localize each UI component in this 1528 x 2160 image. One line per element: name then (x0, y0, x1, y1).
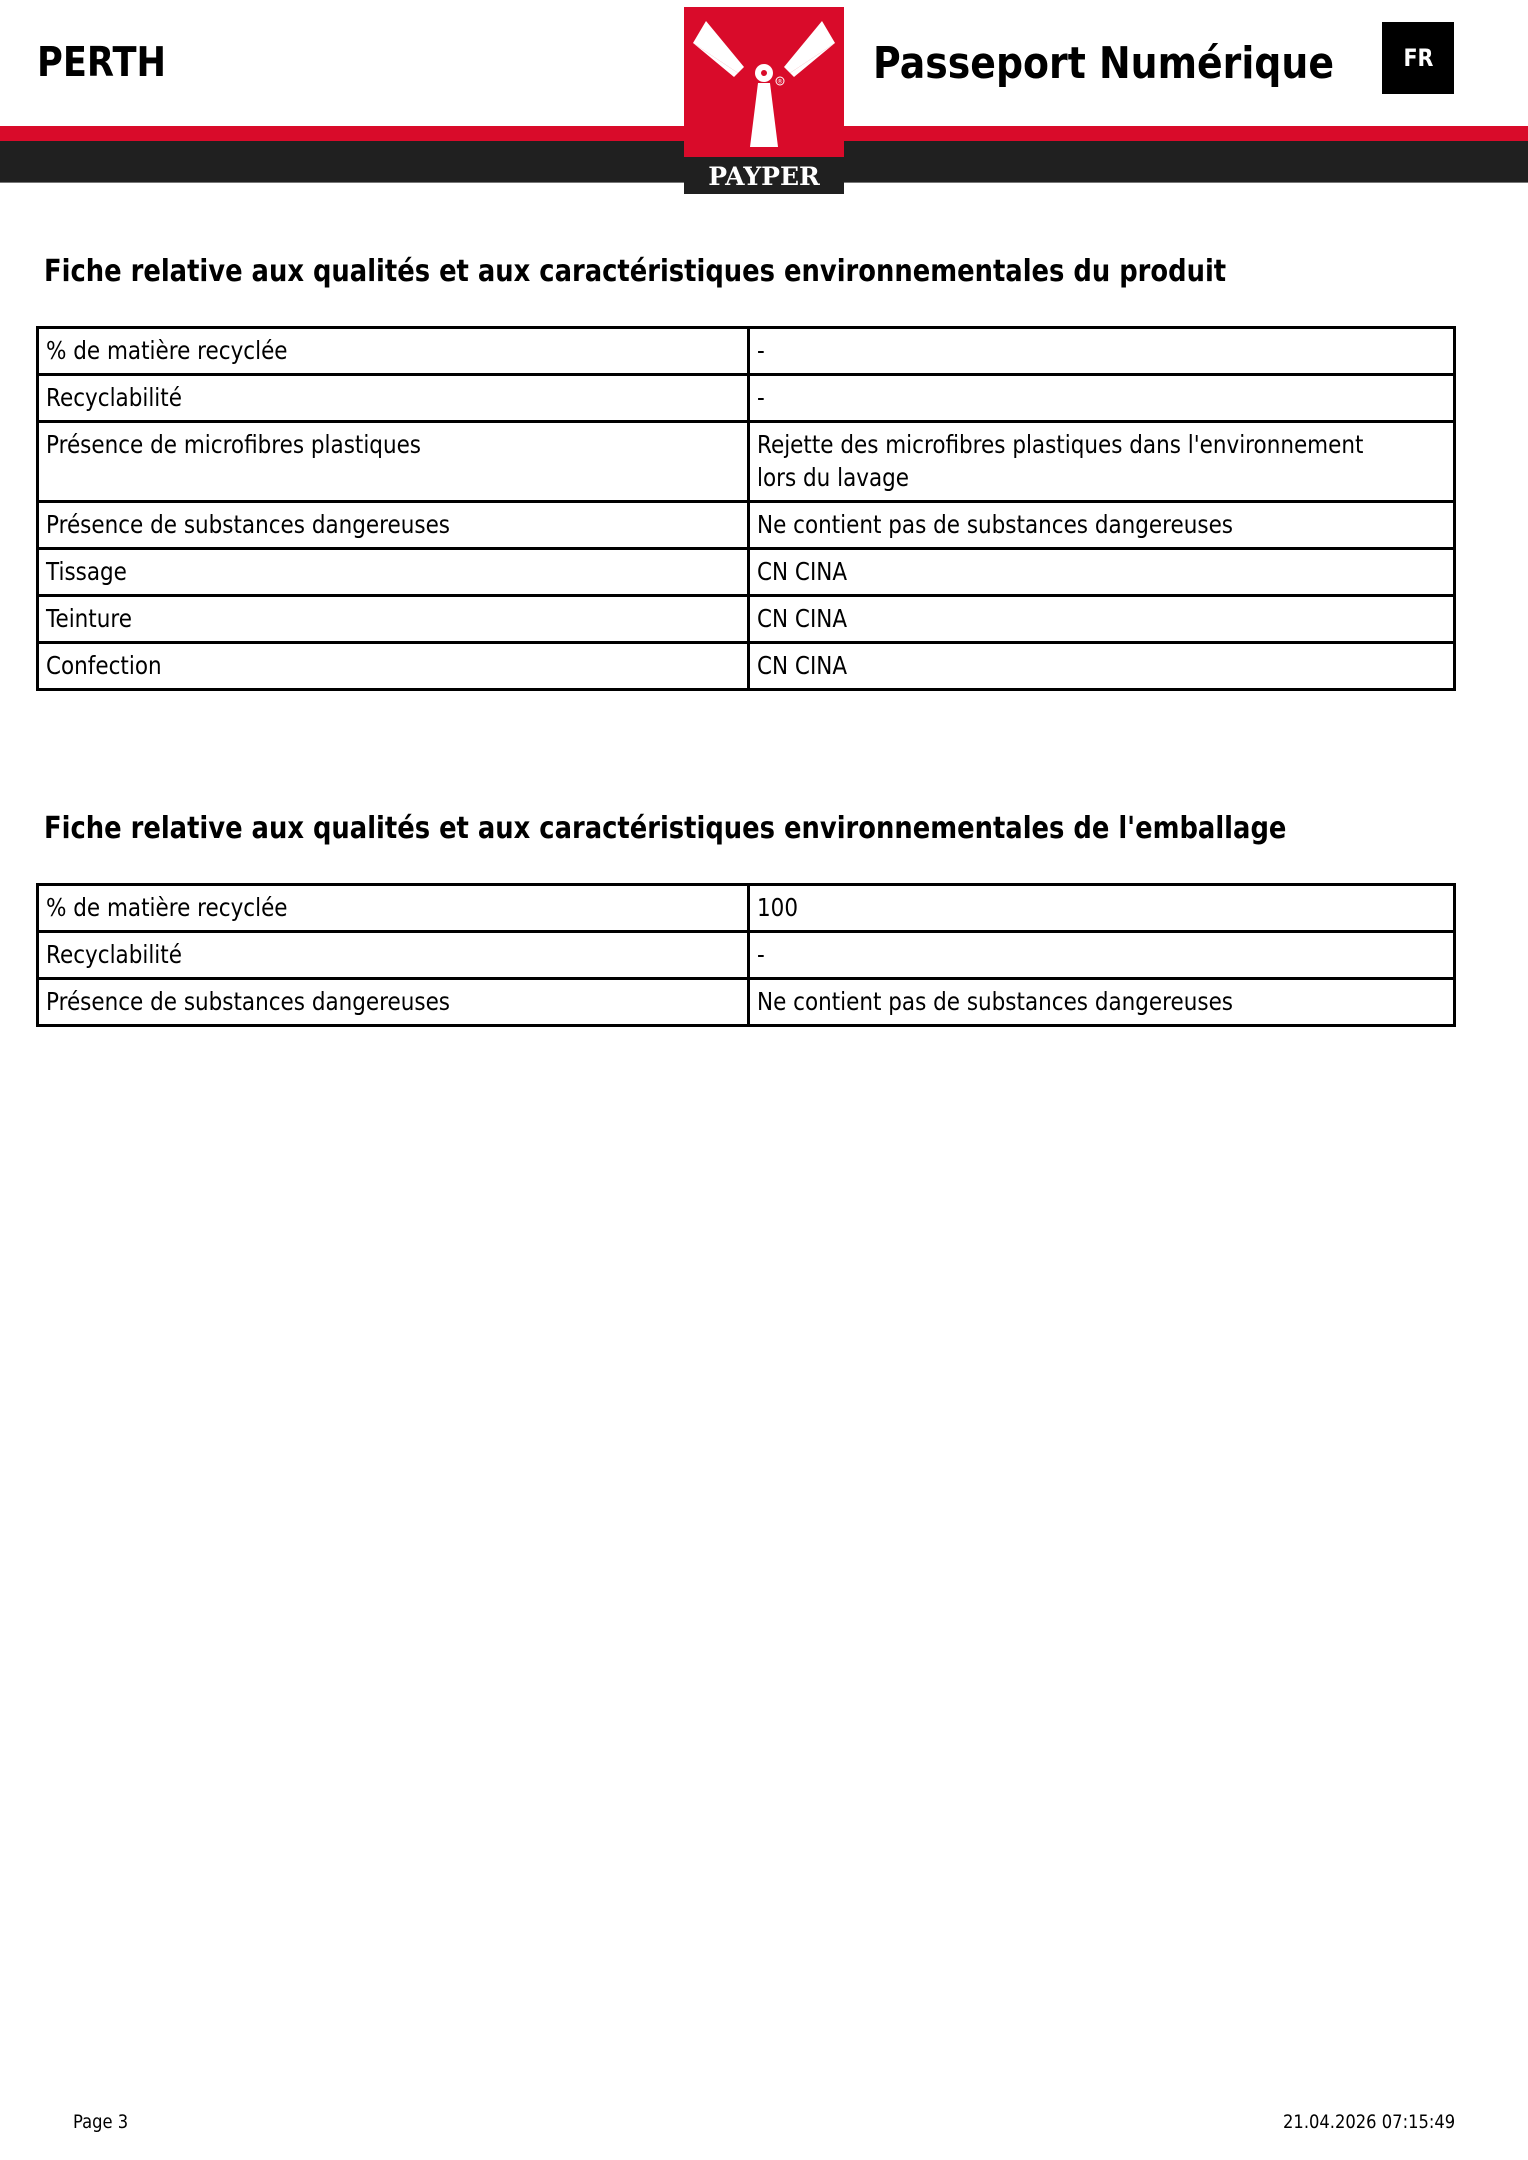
row-value-line-1: Rejette des microfibres plastiques dans … (757, 428, 1363, 461)
product-name: PERTH (37, 38, 166, 86)
row-value: CN CINA (757, 555, 847, 588)
product-properties-table: % de matière recyclée - Recyclabilité - … (36, 326, 1456, 691)
table-row: Confection CN CINA (38, 643, 1455, 690)
page-number: Page 3 (73, 2111, 128, 2133)
table-row: % de matière recyclée 100 (38, 885, 1455, 932)
row-value: Ne contient pas de substances dangereuse… (757, 508, 1233, 541)
row-label: % de matière recyclée (46, 891, 288, 924)
table-row: % de matière recyclée - (38, 328, 1455, 375)
row-value: - (757, 938, 765, 971)
row-value: CN CINA (757, 602, 847, 635)
payper-windmill-icon: ® PAYPER (684, 7, 844, 194)
table-row: Tissage CN CINA (38, 549, 1455, 596)
svg-text:®: ® (777, 79, 783, 86)
row-label: Présence de substances dangereuses (46, 508, 450, 541)
generated-timestamp: 21.04.2026 07:15:49 (1283, 2111, 1455, 2133)
row-value: Ne contient pas de substances dangereuse… (757, 985, 1233, 1018)
row-value: - (757, 381, 765, 414)
table-row: Présence de substances dangereuses Ne co… (38, 502, 1455, 549)
row-label: Confection (46, 649, 162, 682)
packaging-properties-table: % de matière recyclée 100 Recyclabilité … (36, 883, 1456, 1027)
table-row: Présence de substances dangereuses Ne co… (38, 979, 1455, 1026)
table-row: Teinture CN CINA (38, 596, 1455, 643)
row-value-line-2: lors du lavage (757, 461, 909, 494)
row-label: Recyclabilité (46, 938, 182, 971)
table-row: Recyclabilité - (38, 932, 1455, 979)
table-row: Recyclabilité - (38, 375, 1455, 422)
row-label: Recyclabilité (46, 381, 182, 414)
document-title: Passeport Numérique (873, 38, 1334, 89)
row-value: CN CINA (757, 649, 847, 682)
row-label: Présence de substances dangereuses (46, 985, 450, 1018)
table-row: Présence de microfibres plastiques Rejet… (38, 422, 1455, 502)
row-label: % de matière recyclée (46, 334, 288, 367)
payper-logo: ® PAYPER (684, 7, 844, 194)
row-value: 100 (757, 891, 798, 924)
section-title-packaging: Fiche relative aux qualités et aux carac… (44, 811, 1286, 846)
language-badge[interactable]: FR (1382, 22, 1454, 94)
row-label: Présence de microfibres plastiques (46, 428, 421, 461)
section-title-product: Fiche relative aux qualités et aux carac… (44, 254, 1226, 289)
row-label: Tissage (46, 555, 127, 588)
brand-name: PAYPER (708, 162, 820, 191)
row-label: Teinture (46, 602, 132, 635)
row-value: - (757, 334, 765, 367)
